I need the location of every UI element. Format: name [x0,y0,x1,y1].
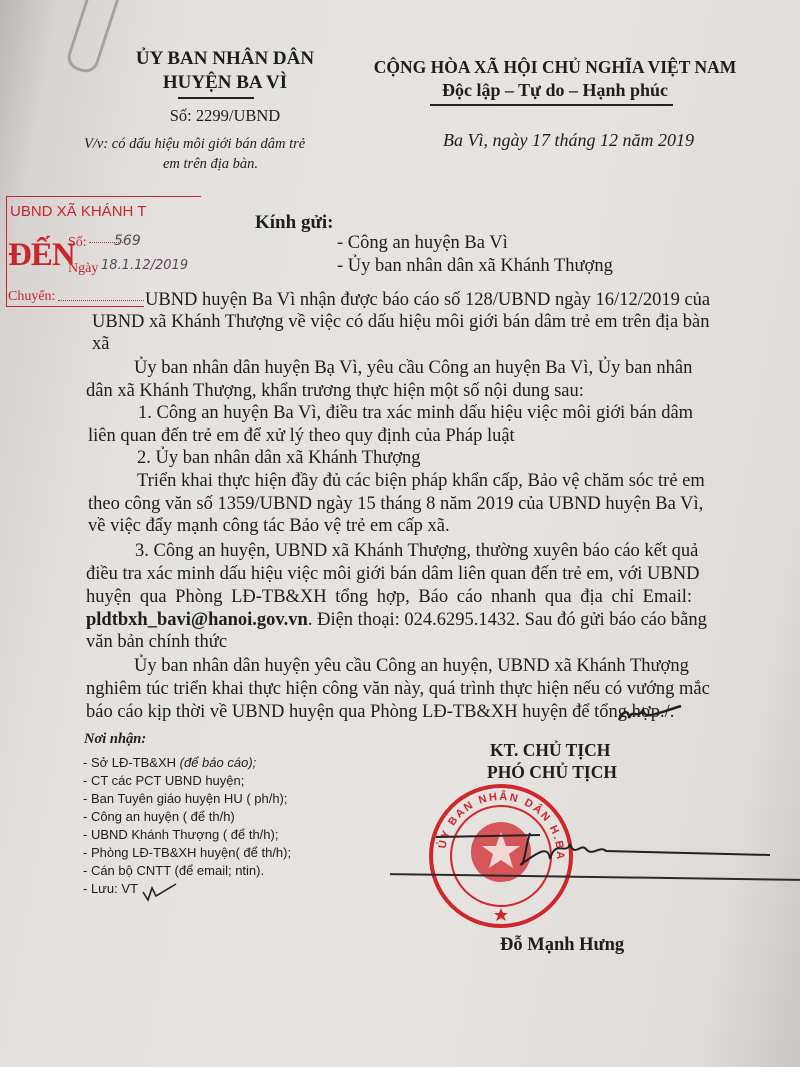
stamp-ngay-label: Ngày [68,261,98,277]
signer-name: Đỗ Mạnh Hưng [500,935,624,956]
stamp-so-label: Số: [68,235,87,251]
item2b-line3: về việc đẩy mạnh công tác Bảo vệ trẻ em … [88,516,450,537]
body-p1-line1: UBND huyện Ba Vì nhận được báo cáo số 12… [145,290,710,311]
item3-line1: 3. Công an huyện, UBND xã Khánh Thượng, … [135,541,698,562]
item3-line4: pldtbxh_bavi@hanoi.gov.vn. Điện thoại: 0… [86,610,707,631]
subject-line1: V/v: có dấu hiệu môi giới bán dâm trẻ [84,136,305,153]
org-name-line1: ỦY BAN NHÂN DÂN [100,48,350,70]
stamp-ngay-value: 18.1.12/2019 [101,258,188,273]
noi-nhan-item: - Phòng LĐ-TB&XH huyện( để th/h); [83,845,291,860]
item1-line2: liên quan đến trẻ em để xử lý theo quy đ… [88,426,515,447]
item2-line1: 2. Ủy ban nhân dân xã Khánh Thượng [137,448,421,469]
subject-line2: em trên địa bàn. [163,156,258,173]
national-title: CỘNG HÒA XÃ HỘI CHỦ NGHĨA VIỆT NAM [345,57,765,78]
org-underline [178,97,254,99]
national-motto: Độc lập – Tự do – Hạnh phúc [345,80,765,101]
body-p2-line2: dân xã Khánh Thượng, khẩn trương thực hi… [86,381,584,402]
stamp-so-value: 569 [114,233,141,249]
body-p1-line3: xã [92,334,109,355]
stamp-den-label: ĐẾN [8,237,75,274]
motto-underline [430,104,673,106]
checkmark-icon [140,880,180,902]
body-p3-line3: báo cáo kịp thời về UBND huyện qua Phòng… [86,702,674,723]
noi-nhan-item: - Cán bộ CNTT (để email; ntin). [83,863,264,878]
stamp-org: UBND XÃ KHÁNH T [10,203,146,220]
sign-title1: KT. CHỦ TỊCH [490,740,610,761]
noi-nhan-title: Nơi nhận: [84,731,146,748]
item2b-line2: theo công văn số 1359/UBND ngày 15 tháng… [88,494,703,515]
recipient-item: - Công an huyện Ba Vì [337,233,508,254]
noi-nhan-item: - UBND Khánh Thượng ( để th/h); [83,827,278,842]
initials-mark [615,700,685,726]
body-p1-line2: UBND xã Khánh Thượng về việc có dấu hiệu… [92,312,710,333]
email-link[interactable]: pldtbxh_bavi@hanoi.gov.vn [86,610,308,630]
item3-line5: văn bản chính thức [86,632,227,653]
stamp-bottom-line [6,306,144,307]
doc-number: Số: 2299/UBND [100,106,350,126]
noi-nhan-item: - Công an huyện ( để th/h) [83,809,235,824]
noi-nhan-item: - Ban Tuyên giáo huyện HU ( ph/h); [83,791,288,806]
body-p3-line2: nghiêm túc triển khai thực hiện công văn… [86,679,710,700]
stamp-chuyen-label: Chuyển: [8,289,55,305]
item1-line1: 1. Công an huyện Ba Vì, điều tra xác min… [138,403,693,424]
recipient-item: - Ủy ban nhân dân xã Khánh Thượng [337,256,613,277]
body-p2-line1: Ủy ban nhân dân huyện Bạ Vì, yêu cầu Côn… [134,358,692,379]
noi-nhan-item: - Lưu: VT [83,881,138,896]
stamp-chuyen-dots [58,300,144,301]
place-date: Ba Vì, ngày 17 tháng 12 năm 2019 [443,130,694,151]
sign-title2: PHÓ CHỦ TỊCH [487,762,617,783]
body-p3-line1: Ủy ban nhân dân huyện yêu cầu Công an hu… [134,656,689,677]
item3-line2: điều tra xác minh dấu hiệu việc môi giới… [86,564,699,585]
item3-line3: huyện qua Phòng LĐ-TB&XH tổng hợp, Báo c… [86,587,692,608]
document-page: ỦY BAN NHÂN DÂN HUYỆN BA VÌ Số: 2299/UBN… [0,0,800,1067]
item2b-line1: Triển khai thực hiện đầy đủ các biện phá… [137,471,705,492]
noi-nhan-item: - CT các PCT UBND huyện; [83,773,244,788]
noi-nhan-item: - Sở LĐ-TB&XH (để báo cáo); [83,755,256,770]
item3-line4-rest: . Điện thoại: 024.6295.1432. Sau đó gửi … [308,610,707,630]
org-name-line2: HUYỆN BA VÌ [100,72,350,94]
handwritten-signature [430,825,790,875]
recipients-label: Kính gửi: [255,212,333,234]
